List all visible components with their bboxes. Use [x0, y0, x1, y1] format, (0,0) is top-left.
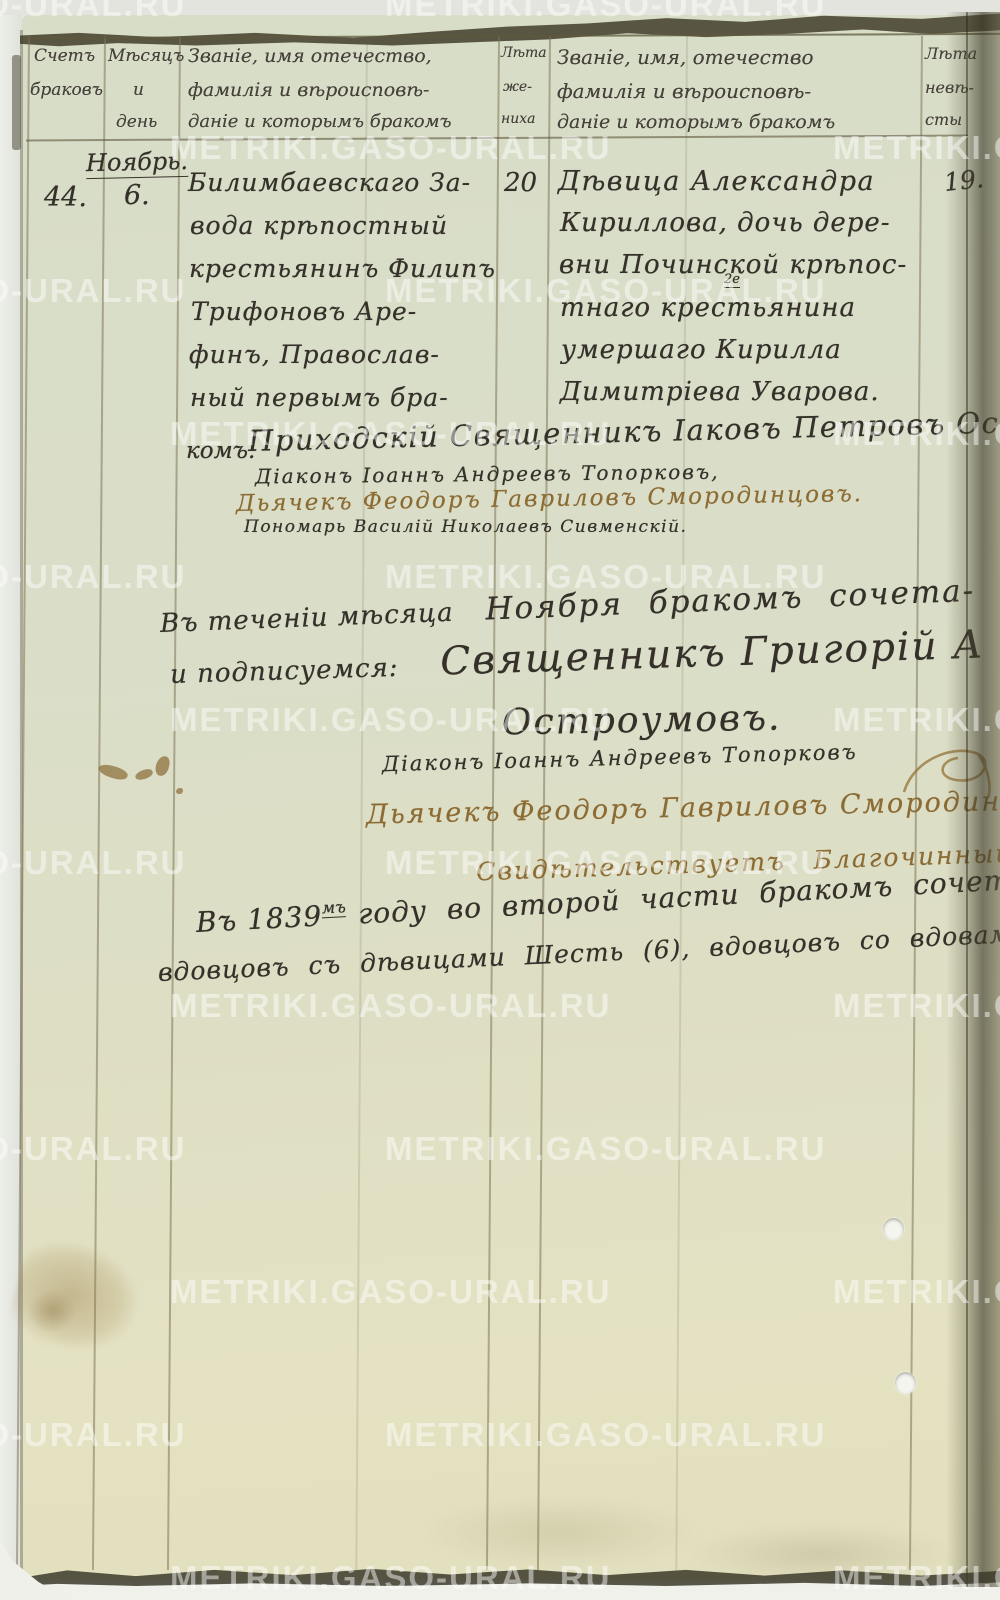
- header-count-line: Счетъ: [34, 46, 95, 66]
- header-groom-age-line: Лѣта: [501, 45, 547, 61]
- punch-hole: [883, 1218, 904, 1240]
- groom-description-line: крестьянинъ Филипъ: [189, 254, 496, 283]
- page-binding-edge: [946, 12, 1000, 1587]
- header-date-line: и: [133, 80, 144, 100]
- correction-mark: 2е: [724, 272, 740, 288]
- header-date-line: Мѣсяцъ: [108, 46, 184, 66]
- bride-description-line: Димитріева Уварова.: [560, 377, 880, 407]
- header-groom-age-line: же-: [503, 79, 532, 95]
- metric-book-scan: Счетъ браковъ Мѣсяцъ и день Званіе, имя …: [0, 0, 1000, 1600]
- header-groom-line: даніе и которымъ бракомъ: [188, 111, 452, 132]
- bride-description-line: тнаго крестьянина: [560, 293, 856, 323]
- header-count-line: браковъ: [30, 80, 103, 100]
- groom-age-value: 20: [504, 168, 537, 198]
- paper-smudge: [420, 1496, 700, 1568]
- record-day: 6.: [124, 180, 150, 211]
- monthly-sign-intro: и подписуемся:: [170, 653, 399, 690]
- page-left-edge-sliver: [12, 55, 21, 150]
- paper-stain-core: [28, 1290, 76, 1332]
- header-groom-age-line: ниха: [501, 111, 535, 127]
- punch-hole: [895, 1372, 916, 1394]
- annual-year-superscript: мъ: [321, 897, 346, 918]
- record-number: 44.: [44, 182, 87, 213]
- groom-description-line: Трифоновъ Аре-: [191, 297, 417, 326]
- groom-description-line: Билимбаевскаго За-: [188, 168, 471, 197]
- bride-description-line: Кириллова, дочь дере-: [560, 208, 891, 238]
- groom-description-line: финъ, Православ-: [189, 340, 440, 369]
- groom-description-line: комъ.: [186, 438, 255, 464]
- month-label: Ноябрь.: [86, 147, 189, 179]
- header-date-line: день: [116, 112, 157, 132]
- bride-description-line: умершаго Кирилла: [561, 335, 842, 365]
- header-bride-line: фамилія и вѣроисповѣ-: [557, 79, 811, 103]
- page-binding-line: [966, 12, 968, 1587]
- groom-description-line: вода крѣпостный: [190, 211, 448, 240]
- header-bride-line: Званіе, имя, отечество: [557, 45, 814, 69]
- annual-year-text: Въ 1839: [195, 899, 323, 939]
- header-groom-line: Званіе, имя отечество,: [188, 45, 432, 67]
- header-bride-line: даніе и которымъ бракомъ: [557, 111, 835, 133]
- groom-description-line: ный первымъ бра-: [190, 383, 449, 412]
- bride-description-line: Дѣвица Александра: [558, 166, 875, 197]
- scan-margin-top: [0, 0, 1000, 15]
- attestation-ponomar-signature: Пономарь Василій Николаевъ Сивменскій.: [244, 517, 687, 537]
- monthly-priest-surname: Остроумовъ.: [502, 698, 782, 744]
- header-groom-line: фамилія и вѣроисповѣ-: [188, 79, 429, 101]
